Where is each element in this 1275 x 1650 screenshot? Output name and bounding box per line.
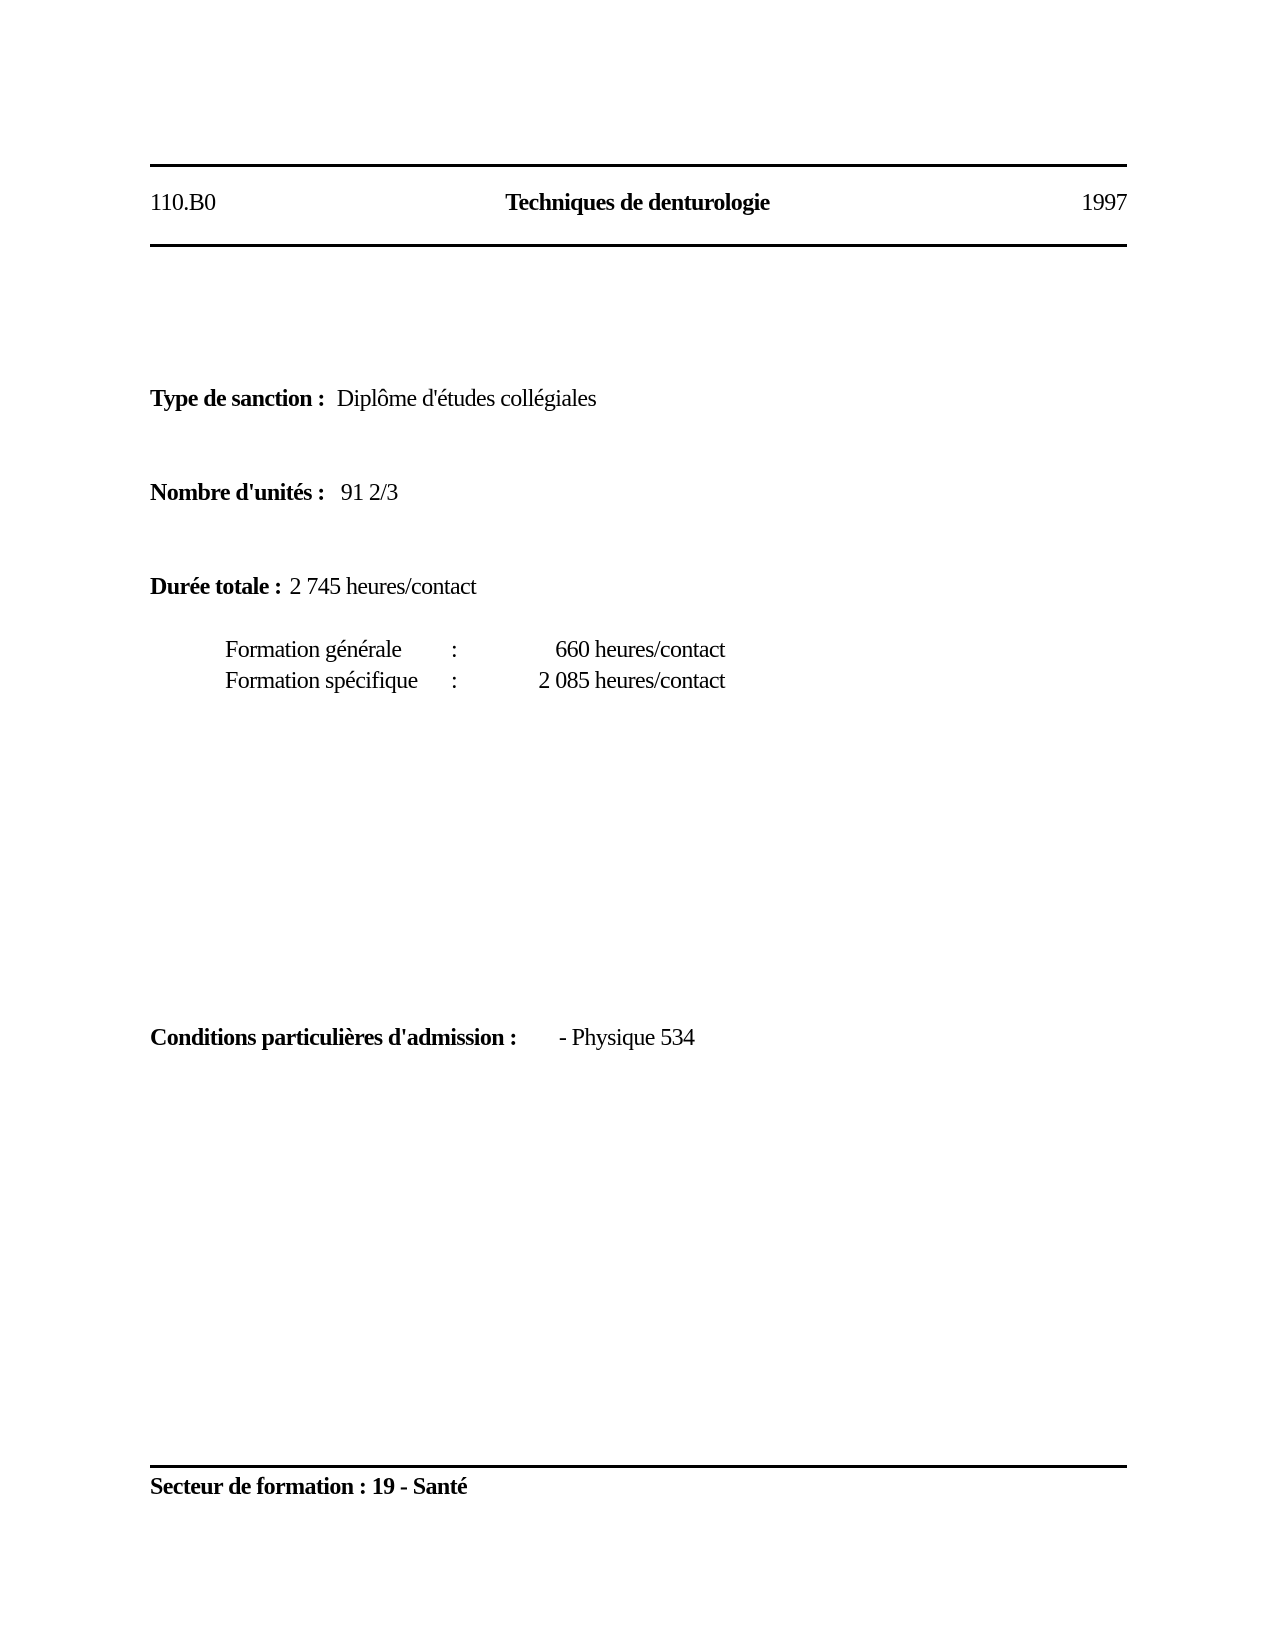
units-value: 91 2/3: [341, 480, 398, 506]
header-bottom-rule: [150, 244, 1127, 247]
breakdown-name: Formation générale: [225, 637, 401, 664]
sanction-label: Type de sanction :: [150, 386, 325, 412]
sanction-field: Type de sanction :Diplôme d'études collé…: [150, 386, 596, 413]
units-label: Nombre d'unités :: [150, 480, 325, 506]
admission-label: Conditions particulières d'admission :: [150, 1025, 517, 1051]
duration-value: 2 745 heures/contact: [290, 574, 477, 600]
admission-value: - Physique 534: [559, 1025, 695, 1051]
program-year: 1997: [1081, 190, 1127, 217]
header-top-rule: [150, 164, 1127, 167]
units-field: Nombre d'unités :91 2/3: [150, 480, 398, 507]
breakdown-hours: 2 085 heures/contact: [385, 668, 725, 695]
footer-sector: Secteur de formation : 19 - Santé: [150, 1474, 467, 1501]
program-title-text: Techniques de denturologie: [505, 190, 769, 216]
footer-rule: [150, 1465, 1127, 1468]
duration-label: Durée totale :: [150, 574, 282, 600]
sanction-value: Diplôme d'études collégiales: [337, 386, 596, 412]
breakdown-hours: 660 heures/contact: [385, 637, 725, 664]
duration-field: Durée totale :2 745 heures/contact: [150, 574, 476, 601]
admission-field: Conditions particulières d'admission :- …: [150, 1025, 694, 1052]
